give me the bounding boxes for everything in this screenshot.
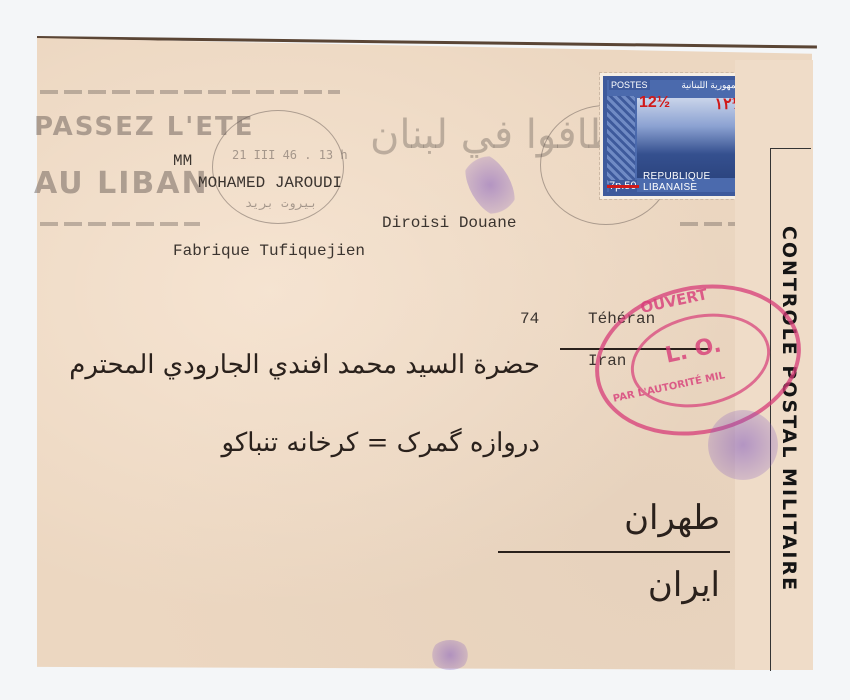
- purple-smudge: [430, 640, 470, 670]
- handwritten-divider: [498, 551, 730, 553]
- censor-label-text: CONTROLE POSTAL MILITAIRE: [769, 148, 809, 670]
- handwritten-line1: حضرة السيد محمد افندي الجارودي المحترم: [40, 350, 540, 380]
- address-line2: Diroisi Douane: [382, 214, 516, 232]
- stamp-overprint: 12½: [639, 94, 670, 112]
- stamp-original-value: 7p.50: [609, 180, 637, 192]
- addressee-name: MOHAMED JAROUDI: [198, 174, 342, 192]
- stamp-label: POSTES: [609, 80, 650, 90]
- slogan-line2: AU LIBAN: [34, 166, 209, 201]
- address-line3: Fabrique Tufiquejien: [173, 242, 365, 260]
- stamp-ornament: [607, 96, 635, 184]
- address-number: 74: [520, 310, 539, 328]
- postmark-date: 21 III 46 . 13 h: [232, 148, 348, 162]
- handwritten-city: طهران: [520, 498, 720, 538]
- addressee-prefix: MM: [173, 152, 192, 170]
- handwritten-country: ايران: [520, 565, 720, 605]
- postmark-arabic-city: بيروت بريد: [245, 196, 317, 210]
- handwritten-line2: دروازه گمرک = کرخانه تنباکو: [40, 428, 540, 458]
- slogan-dash-bottom: [40, 222, 200, 226]
- slogan-dash-top: [40, 90, 340, 94]
- cancel-circle-purple: [708, 410, 778, 480]
